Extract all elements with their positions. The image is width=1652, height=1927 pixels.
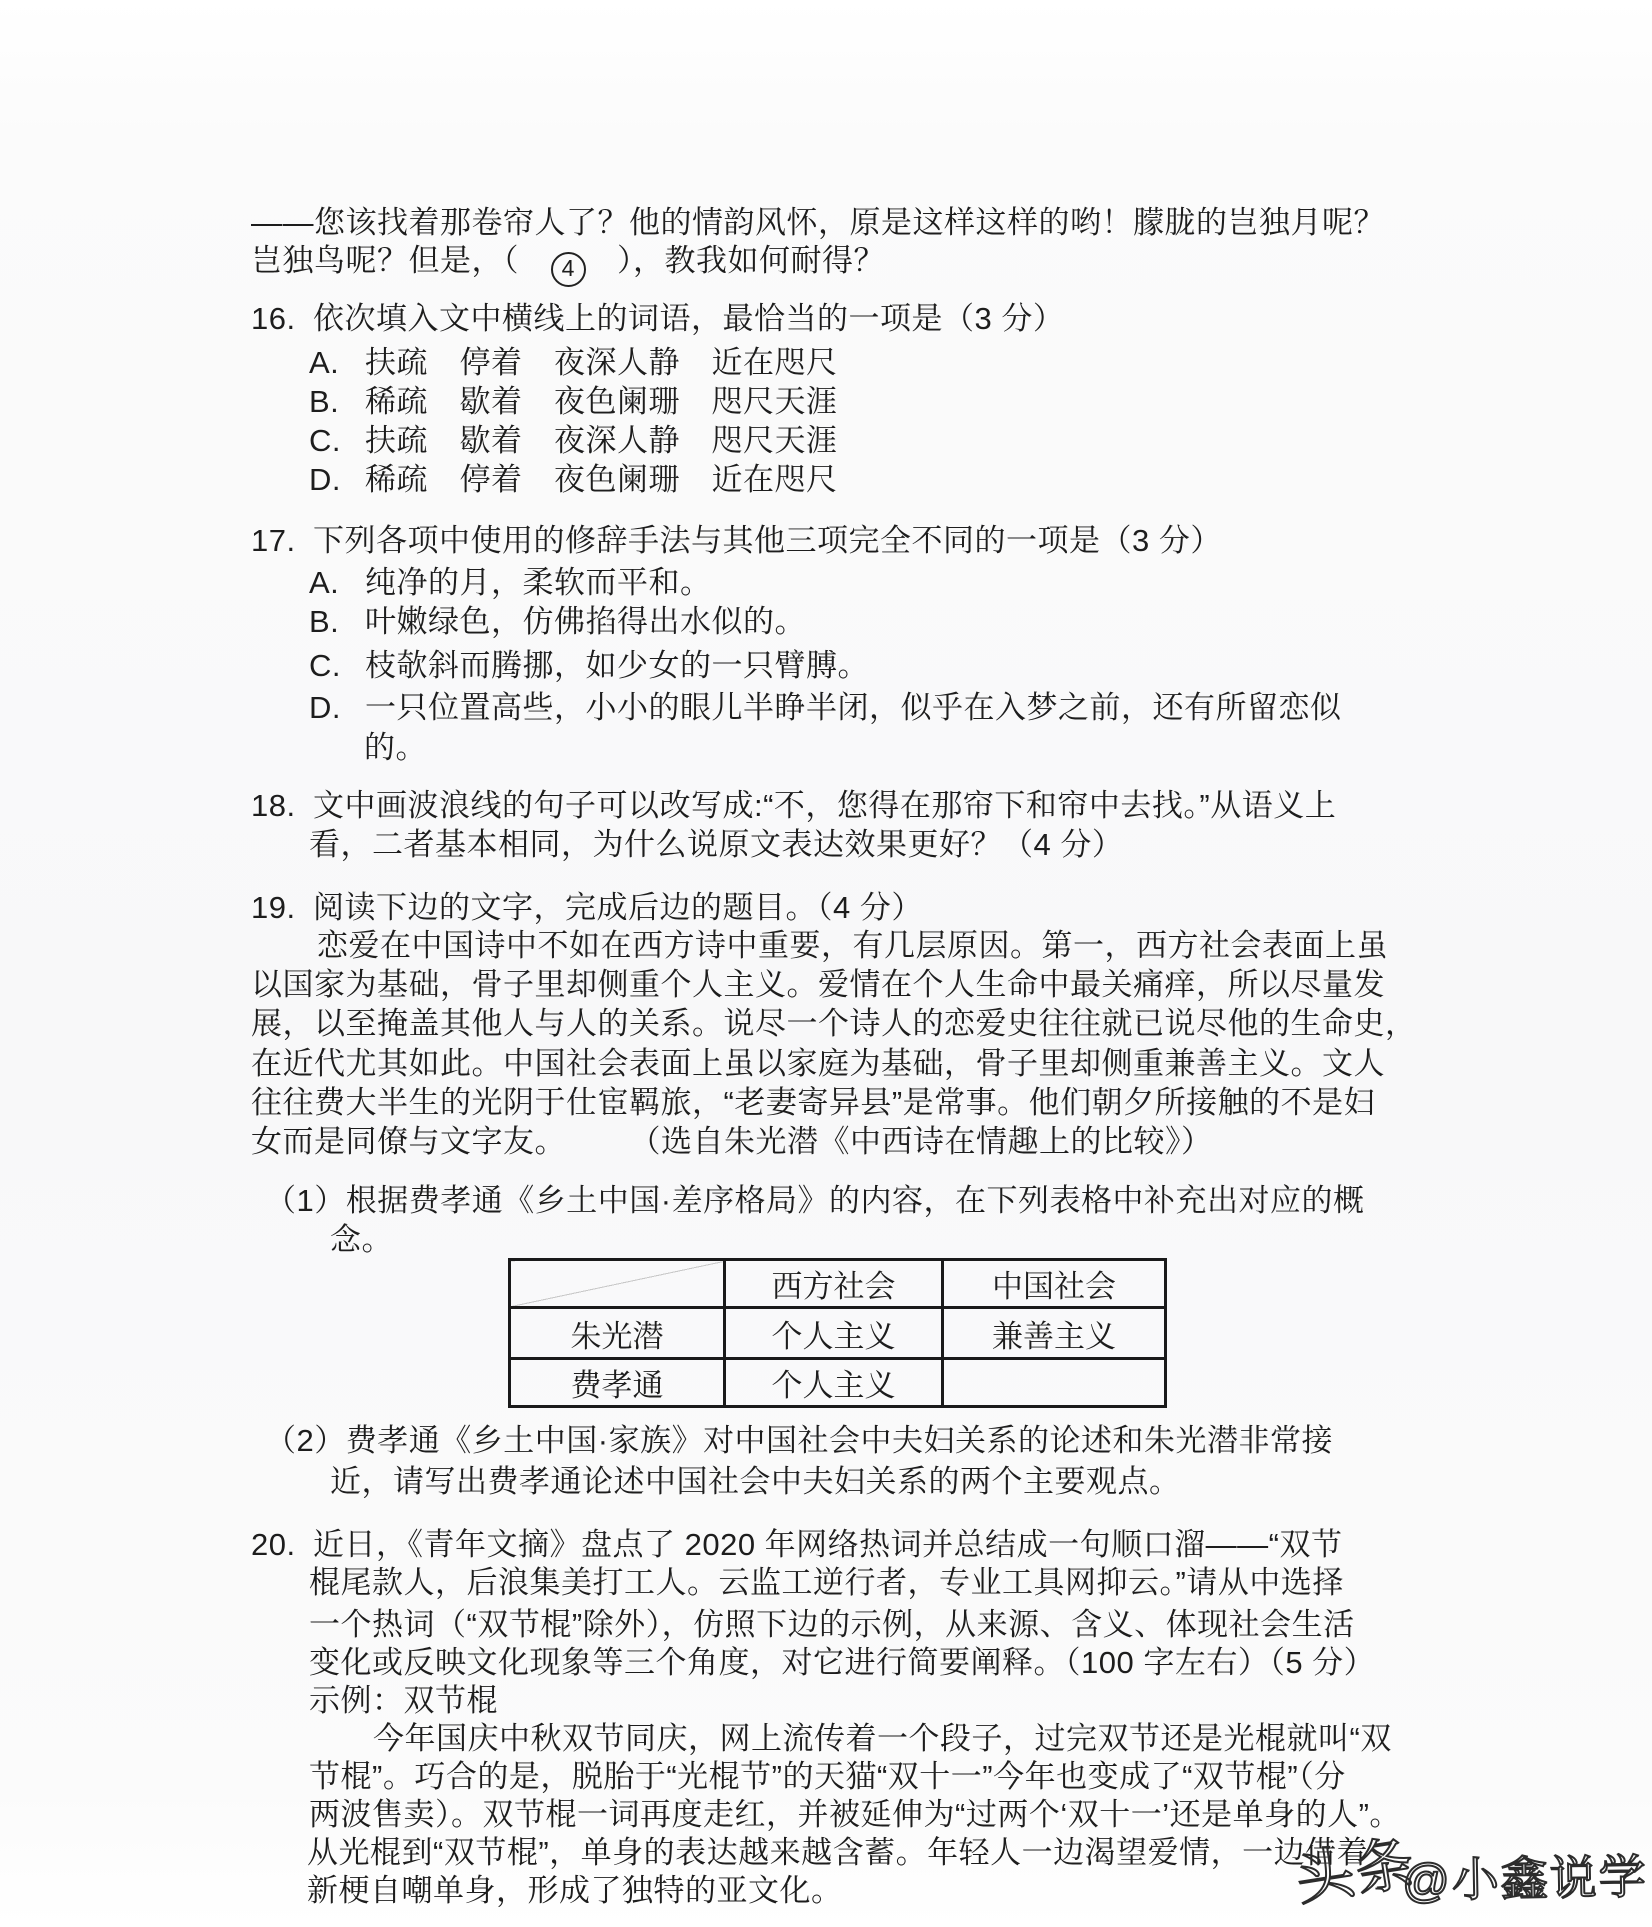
option-label: A. <box>309 565 365 601</box>
q16-option-a: A.扶疏 停着 夜深人静 近在咫尺 <box>309 345 838 381</box>
passage-text: 在近代尤其如此。中国社会表面上虽以家庭为基础，骨子里却侧重兼善主义。文人 <box>251 1046 1385 1081</box>
question-19-stem: 19.阅读下边的文字，完成后边的题目。（4 分） <box>251 890 923 926</box>
option-text: 的。 <box>364 730 427 765</box>
table-row: 朱光潜 个人主义 兼善主义 <box>510 1308 1166 1359</box>
question-number: 16. <box>251 301 313 337</box>
exam-paper-page: ——您该找着那卷帘人了？他的情韵风怀，原是这样这样的哟！朦胧的岂独月呢？ 岂独鸟… <box>0 0 1652 1927</box>
table-cell-china-empty <box>943 1359 1166 1407</box>
passage-text: 展，以至掩盖其他人与人的关系。说尽一个诗人的恋爱史往往就已说尽他的生命史， <box>251 1006 1417 1041</box>
question-text: 一个热词（“双节棍”除外），仿照下边的示例，从来源、含义、体现社会生活 <box>309 1607 1355 1642</box>
q19-passage-line: 往往费大半生的光阴于仕宦羁旅，“老妻寄异县”是常事。他们朝夕所接触的不是妇 <box>251 1085 1375 1121</box>
option-text: 枝欹斜而腾挪，如少女的一只臂膊。 <box>365 648 869 683</box>
example-text: 今年国庆中秋双节同庆，网上流传着一个段子，过完双节还是光棍就叫“双 <box>373 1721 1392 1756</box>
example-text: 新梗自嘲单身，形成了独特的亚文化。 <box>307 1873 843 1908</box>
passage-text: 往往费大半生的光阴于仕宦羁旅，“老妻寄异县”是常事。他们朝夕所接触的不是妇 <box>251 1085 1375 1120</box>
question-text: 变化或反映文化现象等三个角度，对它进行简要阐释。（100 字左右）（5 分） <box>309 1645 1375 1680</box>
question-number: 18. <box>251 788 313 824</box>
passage-text: 恋爱在中国诗中不如在西方诗中重要，有几层原因。第一，西方社会表面上虽 <box>317 928 1388 963</box>
table-header-china: 中国社会 <box>943 1260 1166 1308</box>
question-text: 棍尾款人，后浪集美打工人。云监工逆行者，专业工具网抑云。”请从中选择 <box>309 1565 1344 1600</box>
passage-text: 女而是同僚与文字友。 （选自朱光潜《中西诗在情趣上的比较》） <box>251 1124 1213 1159</box>
q17-option-a: A.纯净的月，柔软而平和。 <box>309 565 712 601</box>
option-text: 一只位置高些，小小的眼儿半睁半闭，似乎在入梦之前，还有所留恋似 <box>365 690 1342 725</box>
question-20-example-label: 示例：双节棍 <box>309 1683 498 1719</box>
question-number: 20. <box>251 1527 313 1563</box>
passage-text: 以国家为基础，骨子里却侧重个人主义。爱情在个人生命中最关痛痒，所以尽量发 <box>251 967 1385 1002</box>
example-paragraph-line: 从光棍到“双节棍”，单身的表达越来越含蓄。年轻人一边渴望爱情，一边借着 <box>307 1835 1368 1871</box>
q17-option-c: C.枝欹斜而腾挪，如少女的一只臂膊。 <box>309 648 869 684</box>
question-text: 阅读下边的文字，完成后边的题目。（4 分） <box>313 890 923 925</box>
question-text: 文中画波浪线的句子可以改写成:“不，您得在那帘下和帘中去找。”从语义上 <box>313 788 1336 823</box>
sub-question-text: （2）费孝通《乡土中国·家族》对中国社会中夫妇关系的论述和朱光潜非常接 <box>265 1423 1333 1458</box>
intro-text: 岂独鸟呢？但是，（ <box>251 243 551 278</box>
comparison-table: 西方社会 中国社会 朱光潜 个人主义 兼善主义 费孝通 个人主义 <box>508 1258 1167 1408</box>
q19-sub2-line-1: （2）费孝通《乡土中国·家族》对中国社会中夫妇关系的论述和朱光潜非常接 <box>265 1423 1333 1459</box>
option-label: D. <box>309 690 365 726</box>
circled-number-4: 4 <box>551 252 586 287</box>
example-paragraph-line: 两波售卖）。双节棍一词再度走红，并被延伸为“过两个‘双十一’还是单身的人”。 <box>309 1797 1401 1833</box>
option-label: B. <box>309 384 365 420</box>
question-text: 示例：双节棍 <box>309 1683 498 1718</box>
question-20-line-3: 一个热词（“双节棍”除外），仿照下边的示例，从来源、含义、体现社会生活 <box>309 1607 1355 1643</box>
table-header-west: 西方社会 <box>725 1260 943 1308</box>
table-corner-cell-diagonal <box>510 1260 725 1308</box>
option-label: A. <box>309 345 365 381</box>
q17-option-d: D.一只位置高些，小小的眼儿半睁半闭，似乎在入梦之前，还有所留恋似 <box>309 690 1342 726</box>
intro-text: ），教我如何耐得？ <box>586 243 886 278</box>
question-number: 19. <box>251 890 313 926</box>
table-cell-west: 个人主义 <box>725 1359 943 1407</box>
table-cell-west: 个人主义 <box>725 1308 943 1359</box>
q19-sub1-line-2: 念。 <box>330 1222 393 1258</box>
q19-sub1-line-1: （1）根据费孝通《乡土中国·差序格局》的内容，在下列表格中补充出对应的概 <box>265 1183 1365 1219</box>
option-label: D. <box>309 462 365 498</box>
option-text: 扶疏 歇着 夜深人静 咫尺天涯 <box>365 423 838 458</box>
sub-question-text: 念。 <box>330 1222 393 1257</box>
example-paragraph-line: 新梗自嘲单身，形成了独特的亚文化。 <box>307 1873 843 1909</box>
sub-question-text: 近，请写出费孝通论述中国社会中夫妇关系的两个主要观点。 <box>330 1464 1181 1499</box>
q17-option-d-continuation: 的。 <box>364 730 427 766</box>
table-header-row: 西方社会 中国社会 <box>510 1260 1166 1308</box>
question-16-stem: 16.依次填入文中横线上的词语，最恰当的一项是（3 分） <box>251 301 1064 337</box>
example-paragraph-line: 今年国庆中秋双节同庆，网上流传着一个段子，过完双节还是光棍就叫“双 <box>373 1721 1392 1757</box>
question-18-line-2: 看，二者基本相同，为什么说原文表达效果更好？（4 分） <box>309 827 1123 863</box>
table-cell-china: 兼善主义 <box>943 1308 1166 1359</box>
option-text: 纯净的月，柔软而平和。 <box>365 565 712 600</box>
example-text: 两波售卖）。双节棍一词再度走红，并被延伸为“过两个‘双十一’还是单身的人”。 <box>309 1797 1401 1832</box>
watermark-handle: @小鑫说学 <box>1401 1840 1648 1911</box>
question-20-stem: 20.近日，《青年文摘》盘点了 2020 年网络热词并总结成一句顺口溜——“双节 <box>251 1527 1343 1563</box>
question-20-line-4: 变化或反映文化现象等三个角度，对它进行简要阐释。（100 字左右）（5 分） <box>309 1645 1375 1681</box>
question-number: 17. <box>251 523 313 559</box>
q19-sub2-line-2: 近，请写出费孝通论述中国社会中夫妇关系的两个主要观点。 <box>330 1464 1181 1500</box>
question-20-line-2: 棍尾款人，后浪集美打工人。云监工逆行者，专业工具网抑云。”请从中选择 <box>309 1565 1344 1601</box>
sub-question-text: （1）根据费孝通《乡土中国·差序格局》的内容，在下列表格中补充出对应的概 <box>265 1183 1365 1218</box>
q16-option-b: B.稀疏 歇着 夜色阑珊 咫尺天涯 <box>309 384 838 420</box>
question-18-stem: 18.文中画波浪线的句子可以改写成:“不，您得在那帘下和帘中去找。”从语义上 <box>251 788 1336 824</box>
q19-passage-line: 在近代尤其如此。中国社会表面上虽以家庭为基础，骨子里却侧重兼善主义。文人 <box>251 1046 1385 1082</box>
q16-option-c: C.扶疏 歇着 夜深人静 咫尺天涯 <box>309 423 838 459</box>
q19-passage-line: 以国家为基础，骨子里却侧重个人主义。爱情在个人生命中最关痛痒，所以尽量发 <box>251 967 1385 1003</box>
option-label: B. <box>309 604 365 640</box>
table-cell-author: 朱光潜 <box>510 1308 725 1359</box>
option-text: 扶疏 停着 夜深人静 近在咫尺 <box>365 345 838 380</box>
table-cell-author: 费孝通 <box>510 1359 725 1407</box>
q17-option-b: B.叶嫩绿色，仿佛掐得出水似的。 <box>309 604 806 640</box>
option-text: 叶嫩绿色，仿佛掐得出水似的。 <box>365 604 806 639</box>
option-text: 稀疏 停着 夜色阑珊 近在咫尺 <box>365 462 838 497</box>
question-text: 依次填入文中横线上的词语，最恰当的一项是（3 分） <box>313 301 1064 336</box>
intro-line-1: ——您该找着那卷帘人了？他的情韵风怀，原是这样这样的哟！朦胧的岂独月呢？ <box>251 205 1385 241</box>
option-label: C. <box>309 648 365 684</box>
intro-text: ——您该找着那卷帘人了？他的情韵风怀，原是这样这样的哟！朦胧的岂独月呢？ <box>251 205 1385 240</box>
example-text: 从光棍到“双节棍”，单身的表达越来越含蓄。年轻人一边渴望爱情，一边借着 <box>307 1835 1368 1870</box>
q19-passage-line: 展，以至掩盖其他人与人的关系。说尽一个诗人的恋爱史往往就已说尽他的生命史， <box>251 1006 1417 1042</box>
option-label: C. <box>309 423 365 459</box>
example-text: 节棍”。巧合的是，脱胎于“光棍节”的天猫“双十一”今年也变成了“双节棍”（分 <box>309 1759 1346 1794</box>
question-text: 看，二者基本相同，为什么说原文表达效果更好？（4 分） <box>309 827 1123 862</box>
table-row: 费孝通 个人主义 <box>510 1359 1166 1407</box>
question-17-stem: 17.下列各项中使用的修辞手法与其他三项完全不同的一项是（3 分） <box>251 523 1222 559</box>
q19-passage-line-attribution: 女而是同僚与文字友。 （选自朱光潜《中西诗在情趣上的比较》） <box>251 1124 1213 1160</box>
question-text: 近日，《青年文摘》盘点了 2020 年网络热词并总结成一句顺口溜——“双节 <box>313 1527 1343 1562</box>
example-paragraph-line: 节棍”。巧合的是，脱胎于“光棍节”的天猫“双十一”今年也变成了“双节棍”（分 <box>309 1759 1346 1795</box>
q16-option-d: D.稀疏 停着 夜色阑珊 近在咫尺 <box>309 462 838 498</box>
q19-passage-line: 恋爱在中国诗中不如在西方诗中重要，有几层原因。第一，西方社会表面上虽 <box>317 928 1388 964</box>
question-text: 下列各项中使用的修辞手法与其他三项完全不同的一项是（3 分） <box>313 523 1222 558</box>
option-text: 稀疏 歇着 夜色阑珊 咫尺天涯 <box>365 384 838 419</box>
intro-line-2: 岂独鸟呢？但是，（ 4 ），教我如何耐得？ <box>251 243 885 287</box>
